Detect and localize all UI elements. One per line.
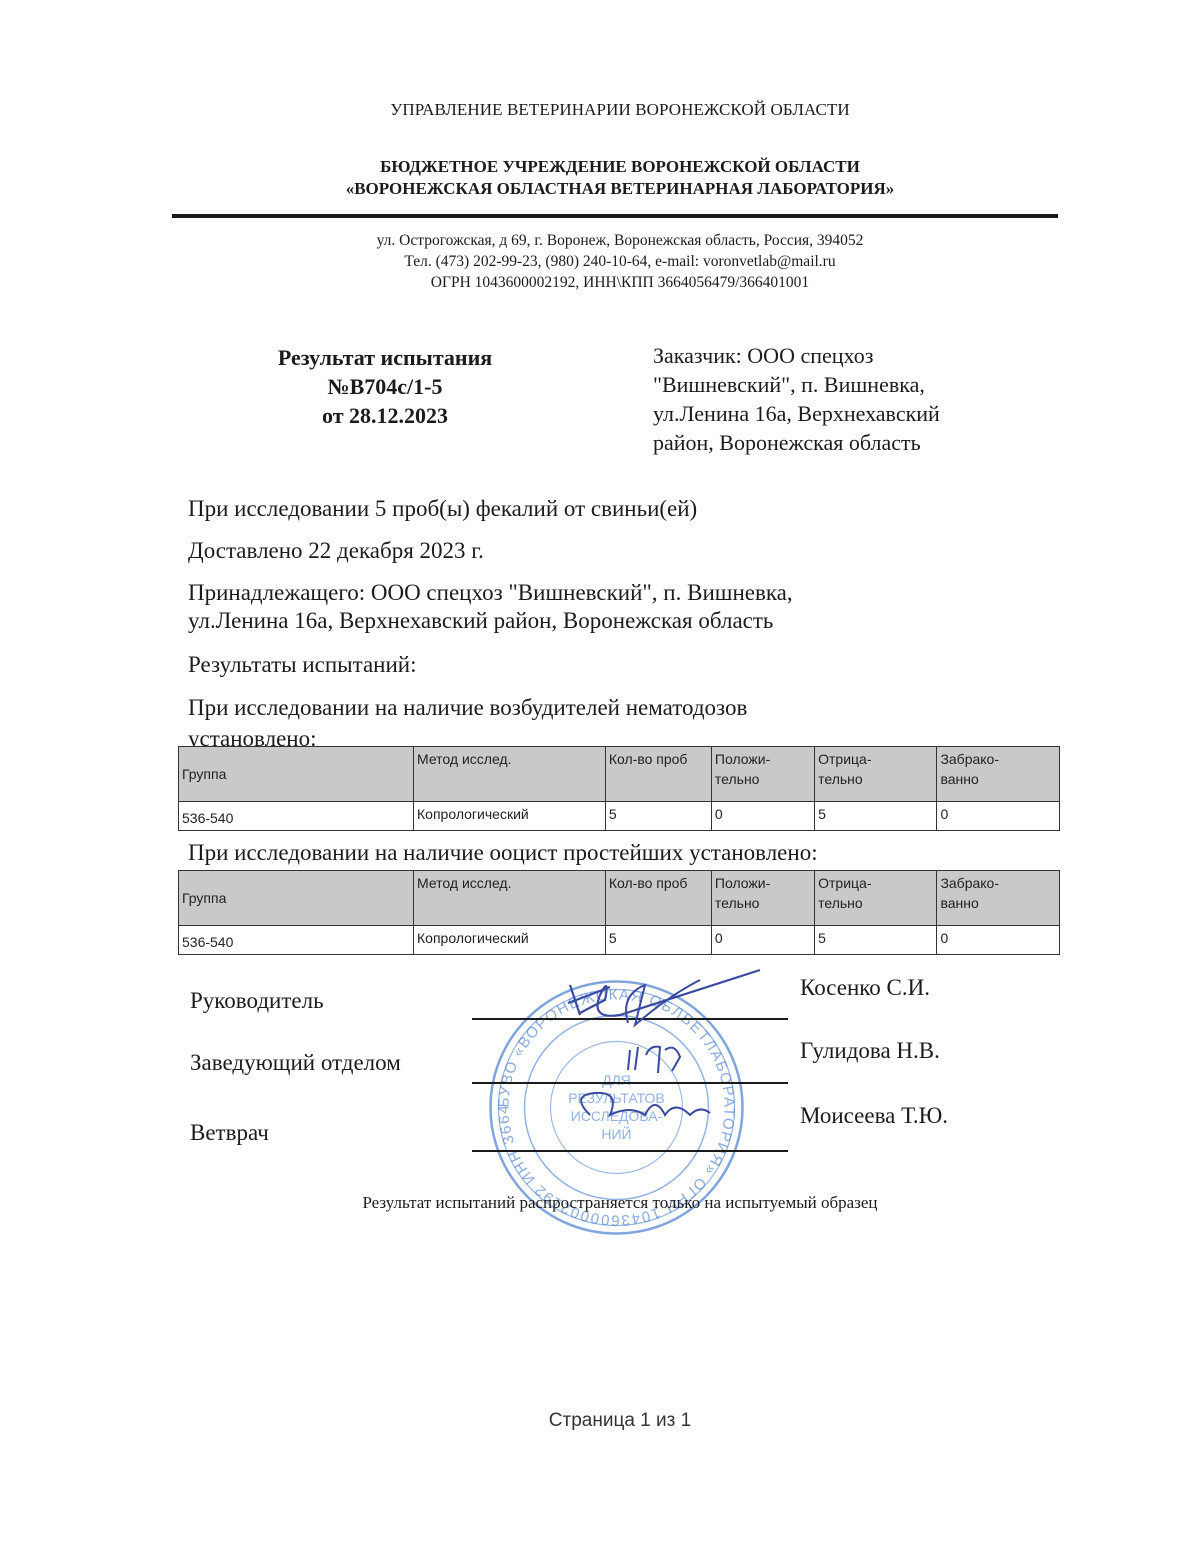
oocysts-caption: При исследовании на наличие ооцист прост… bbox=[188, 838, 818, 868]
customer-block: Заказчик: ООО спецхоз "Вишневский", п. В… bbox=[653, 341, 1033, 457]
cell-positive: 0 bbox=[711, 802, 814, 831]
column-header-group: Группа bbox=[179, 747, 414, 802]
cell-group: 536-540 bbox=[179, 802, 414, 831]
organization-line-2: «ВОРОНЕЖСКАЯ ОБЛАСТНАЯ ВЕТЕРИНАРНАЯ ЛАБО… bbox=[0, 178, 1200, 200]
column-header-positive: Положи-тельно bbox=[711, 871, 814, 926]
cell-method: Копрологический bbox=[414, 802, 606, 831]
nematodes-results-table: Группа Метод исслед. Кол-во проб Положи-… bbox=[178, 746, 1060, 831]
column-header-group: Группа bbox=[179, 871, 414, 926]
cell-count: 5 bbox=[605, 802, 711, 831]
column-header-negative: Отрица-тельно bbox=[815, 747, 937, 802]
result-number: №В704с/1-5 bbox=[190, 372, 580, 401]
results-label: Результаты испытаний: bbox=[188, 650, 417, 680]
contacts-line: Тел. (473) 202-99-23, (980) 240-10-64, e… bbox=[0, 251, 1200, 272]
customer-line-3: ул.Ленина 16а, Верхнехавский bbox=[653, 399, 1033, 428]
customer-line-2: "Вишневский", п. Вишневка, bbox=[653, 370, 1033, 399]
table-header-row: Группа Метод исслед. Кол-во проб Положи-… bbox=[179, 871, 1060, 926]
column-header-method: Метод исслед. bbox=[414, 871, 606, 926]
table-row: 536-540 Копрологический 5 0 5 0 bbox=[179, 926, 1060, 955]
cell-group: 536-540 bbox=[179, 926, 414, 955]
signature-line-vet bbox=[472, 1150, 788, 1152]
column-header-count: Кол-во проб bbox=[605, 871, 711, 926]
authority-title: УПРАВЛЕНИЕ ВЕТЕРИНАРИИ ВОРОНЕЖСКОЙ ОБЛАС… bbox=[0, 100, 1200, 120]
owner-text-line-2: ул.Ленина 16а, Верхнехавский район, Воро… bbox=[188, 606, 773, 636]
column-header-method: Метод исслед. bbox=[414, 747, 606, 802]
signature-role-head: Руководитель bbox=[190, 988, 324, 1014]
disclaimer-text: Результат испытаний распространяется тол… bbox=[0, 1193, 1200, 1213]
cell-negative: 5 bbox=[815, 802, 937, 831]
cell-negative: 5 bbox=[815, 926, 937, 955]
column-header-negative: Отрица-тельно bbox=[815, 871, 937, 926]
customer-line-4: район, Воронежская область bbox=[653, 428, 1033, 457]
samples-text: При исследовании 5 проб(ы) фекалий от св… bbox=[188, 494, 697, 524]
cell-count: 5 bbox=[605, 926, 711, 955]
result-title: Результат испытания bbox=[190, 343, 580, 372]
organization-name: БЮДЖЕТНОЕ УЧРЕЖДЕНИЕ ВОРОНЕЖСКОЙ ОБЛАСТИ… bbox=[0, 156, 1200, 200]
signature-role-vet: Ветврач bbox=[190, 1120, 269, 1146]
cell-positive: 0 bbox=[711, 926, 814, 955]
result-date: от 28.12.2023 bbox=[190, 401, 580, 430]
table-row: 536-540 Копрологический 5 0 5 0 bbox=[179, 802, 1060, 831]
column-header-rejected: Забрако-ванно bbox=[937, 747, 1060, 802]
customer-line-1: Заказчик: ООО спецхоз bbox=[653, 341, 1033, 370]
address-line: ул. Острогожская, д 69, г. Воронеж, Воро… bbox=[0, 230, 1200, 251]
organization-contacts: ул. Острогожская, д 69, г. Воронеж, Воро… bbox=[0, 230, 1200, 293]
result-title-block: Результат испытания №В704с/1-5 от 28.12.… bbox=[190, 343, 580, 430]
column-header-positive: Положи-тельно bbox=[711, 747, 814, 802]
signature-name-department: Гулидова Н.В. bbox=[800, 1038, 940, 1064]
cell-method: Копрологический bbox=[414, 926, 606, 955]
header-divider bbox=[172, 214, 1058, 218]
registration-line: ОГРН 1043600002192, ИНН\КПП 3664056479/3… bbox=[0, 272, 1200, 293]
organization-line-1: БЮДЖЕТНОЕ УЧРЕЖДЕНИЕ ВОРОНЕЖСКОЙ ОБЛАСТИ bbox=[0, 156, 1200, 178]
oocysts-results-table: Группа Метод исслед. Кол-во проб Положи-… bbox=[178, 870, 1060, 955]
signature-name-vet: Моисеева Т.Ю. bbox=[800, 1103, 948, 1129]
signature-role-department: Заведующий отделом bbox=[190, 1050, 401, 1076]
delivered-text: Доставлено 22 декабря 2023 г. bbox=[188, 536, 484, 566]
owner-text-line-1: Принадлежащего: ООО спецхоз "Вишневский"… bbox=[188, 578, 793, 608]
column-header-count: Кол-во проб bbox=[605, 747, 711, 802]
handwritten-signatures-icon bbox=[550, 965, 770, 1145]
page-number: Страница 1 из 1 bbox=[0, 1410, 1200, 1432]
column-header-rejected: Забрако-ванно bbox=[937, 871, 1060, 926]
nematodes-caption-line-1: При исследовании на наличие возбудителей… bbox=[188, 693, 747, 723]
table-header-row: Группа Метод исслед. Кол-во проб Положи-… bbox=[179, 747, 1060, 802]
nematodes-caption-line-2: установлено: bbox=[188, 724, 317, 746]
cell-rejected: 0 bbox=[937, 926, 1060, 955]
signature-name-head: Косенко С.И. bbox=[800, 975, 930, 1001]
cell-rejected: 0 bbox=[937, 802, 1060, 831]
